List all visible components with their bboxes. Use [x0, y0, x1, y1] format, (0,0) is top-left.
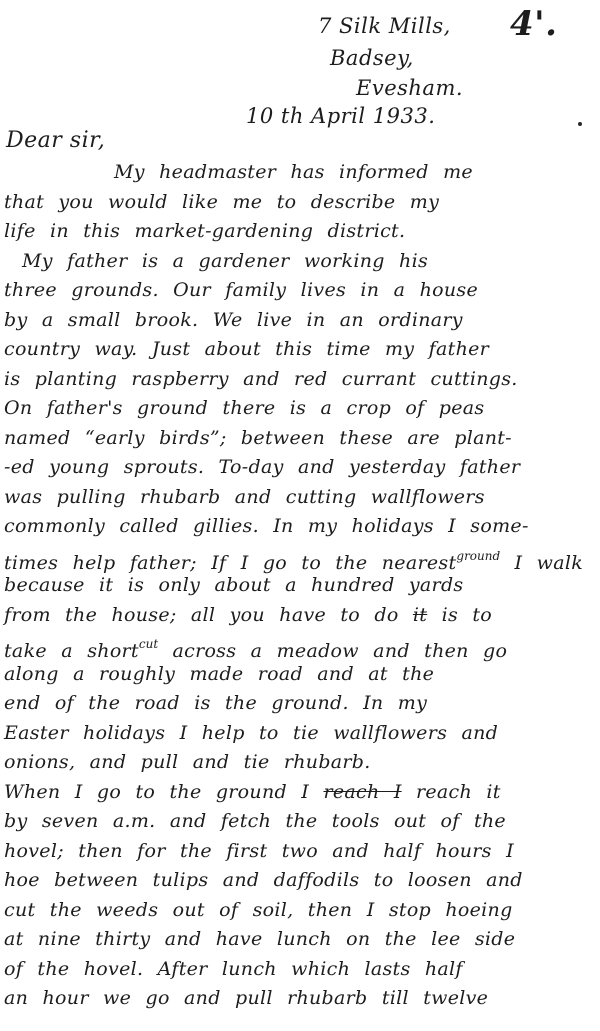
address-line-3: Evesham. [356, 76, 463, 100]
address-line-1: 7 Silk Mills, [318, 14, 451, 38]
letter-line: country way. Just about this time my fat… [0, 335, 600, 365]
line-text: cut the weeds out of soil, then I stop h… [4, 899, 513, 921]
letter-line: hoe between tulips and daffodils to loos… [0, 866, 600, 896]
letter-line: along a roughly made road and at the [0, 660, 600, 690]
letter-line: My headmaster has informed me [0, 158, 600, 188]
line-text: end of the road is the ground. In my [4, 692, 427, 714]
line-text: hoe between tulips and daffodils to loos… [4, 869, 523, 891]
line-text: hovel; then for the first two and half h… [4, 840, 514, 862]
letter-line: of the hovel. After lunch which lasts ha… [0, 955, 600, 985]
struck-out-word: it [413, 604, 427, 626]
line-text: country way. Just about this time my fat… [4, 338, 489, 360]
letter-line: that you would like me to describe my [0, 188, 600, 218]
letter-line: onions, and pull and tie rhubarb. [0, 748, 600, 778]
line-text: onions, and pull and tie rhubarb. [4, 751, 371, 773]
line-text: that you would like me to describe my [4, 191, 439, 213]
line-text: My headmaster has informed me [114, 161, 473, 183]
inserted-word: ground [456, 549, 500, 563]
letter-date: 10 th April 1933. [246, 104, 435, 128]
line-text: along a roughly made road and at the [4, 663, 434, 685]
ink-dot [578, 122, 582, 126]
line-text: take a short [4, 640, 139, 662]
line-text: commonly called gillies. In my holidays … [4, 515, 529, 537]
letter-line: by a small brook. We live in an ordinary [0, 306, 600, 336]
letter-line: When I go to the ground I reach I reach … [0, 778, 600, 808]
line-text: from the house; all you have to do [4, 604, 413, 626]
letter-line: at nine thirty and have lunch on the lee… [0, 925, 600, 955]
letter-line: times help father; If I go to the neares… [0, 542, 600, 572]
line-text: across a meadow and then go [158, 640, 507, 662]
line-text: at nine thirty and have lunch on the lee… [4, 928, 515, 950]
letter-line: My father is a gardener working his [0, 247, 600, 277]
line-text: because it is only about a hundred yards [4, 574, 463, 596]
letter-line: three grounds. Our family lives in a hou… [0, 276, 600, 306]
grade-mark: 4'. [510, 4, 557, 44]
line-text: On father's ground there is a crop of pe… [4, 397, 484, 419]
line-text: When I go to the ground I [4, 781, 323, 803]
letter-line: cut the weeds out of soil, then I stop h… [0, 896, 600, 926]
line-text: reach it [402, 781, 501, 803]
salutation: Dear sir, [6, 128, 105, 153]
letter-line: from the house; all you have to do it is… [0, 601, 600, 631]
struck-out-word: reach I [323, 781, 401, 803]
letter-line: -ed young sprouts. To-day and yesterday … [0, 453, 600, 483]
line-text: named “early birds”; between these are p… [4, 427, 512, 449]
letter-line: take a shortcut across a meadow and then… [0, 630, 600, 660]
line-text: is planting raspberry and red currant cu… [4, 368, 518, 390]
line-text: was pulling rhubarb and cutting wallflow… [4, 486, 485, 508]
line-text: by seven a.m. and fetch the tools out of… [4, 810, 506, 832]
line-text: an hour we go and pull rhubarb till twel… [4, 987, 488, 1009]
letter-line: is planting raspberry and red currant cu… [0, 365, 600, 395]
letter-line: because it is only about a hundred yards [0, 571, 600, 601]
letter-line: an hour we go and pull rhubarb till twel… [0, 984, 600, 1014]
letter-line: named “early birds”; between these are p… [0, 424, 600, 454]
letter-line: hovel; then for the first two and half h… [0, 837, 600, 867]
line-text: of the hovel. After lunch which lasts ha… [4, 958, 463, 980]
address-line-2: Badsey, [330, 46, 414, 70]
line-text: is to [427, 604, 492, 626]
line-text: three grounds. Our family lives in a hou… [4, 279, 478, 301]
letter-line: commonly called gillies. In my holidays … [0, 512, 600, 542]
line-text: -ed young sprouts. To-day and yesterday … [4, 456, 520, 478]
line-text: life in this market-gardening district. [4, 220, 405, 242]
line-text: Easter holidays I help to tie wallflower… [4, 722, 498, 744]
letter-line: life in this market-gardening district. [0, 217, 600, 247]
letter-line: end of the road is the ground. In my [0, 689, 600, 719]
line-text: My father is a gardener working his [22, 250, 428, 272]
inserted-word: cut [139, 637, 158, 651]
letter-line: On father's ground there is a crop of pe… [0, 394, 600, 424]
line-text: I walk [500, 552, 583, 574]
letter-body: My headmaster has informed methat you wo… [0, 158, 600, 1014]
line-text: by a small brook. We live in an ordinary [4, 309, 463, 331]
letter-line: Easter holidays I help to tie wallflower… [0, 719, 600, 749]
letter-line: was pulling rhubarb and cutting wallflow… [0, 483, 600, 513]
letter-page: 7 Silk Mills, 4'. Badsey, Evesham. 10 th… [0, 0, 600, 1031]
letter-line: by seven a.m. and fetch the tools out of… [0, 807, 600, 837]
